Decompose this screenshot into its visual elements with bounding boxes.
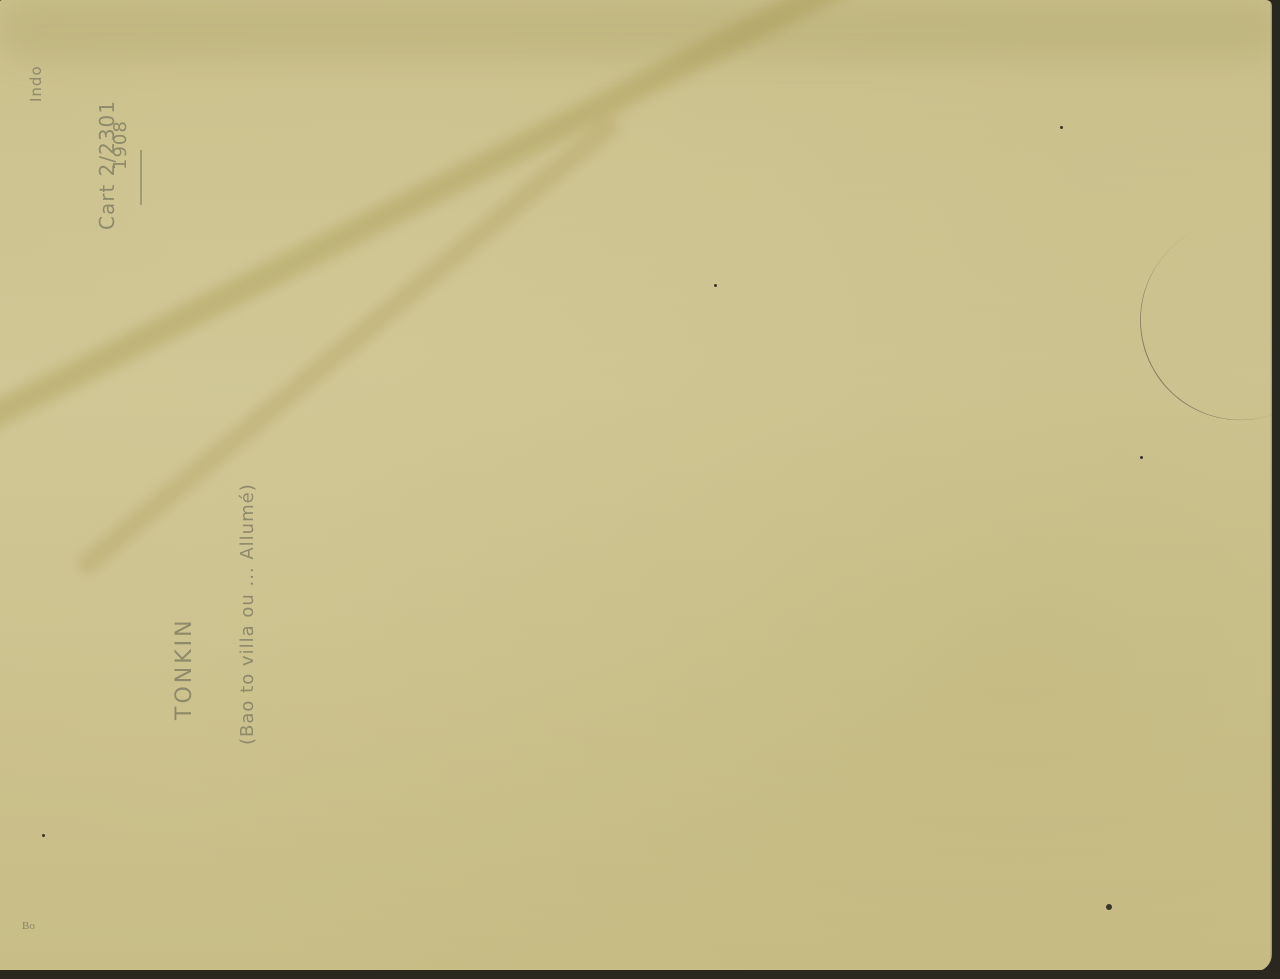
diagonal-water-stain (0, 0, 1060, 455)
region-label: Indo (27, 65, 45, 102)
speck (1140, 456, 1143, 459)
top-stain (0, 0, 1272, 60)
speck (1060, 126, 1063, 129)
year-annotation: 1908 (110, 120, 131, 170)
speck (1106, 904, 1112, 910)
document-subtitle: (Bao to villa ou ... Allumé) (237, 483, 258, 745)
page-edge-shadow (1270, 0, 1280, 979)
document-page: Indo Cart 2/2301 1908 TONKIN (Bao to vil… (0, 0, 1272, 972)
page-bottom-shadow (0, 970, 1280, 979)
speck (714, 284, 717, 287)
document-title: TONKIN (172, 617, 197, 720)
speck (42, 834, 45, 837)
corner-mark: Bo (22, 920, 35, 932)
pencil-dash (140, 150, 142, 205)
pencil-arc-mark (1103, 183, 1272, 457)
